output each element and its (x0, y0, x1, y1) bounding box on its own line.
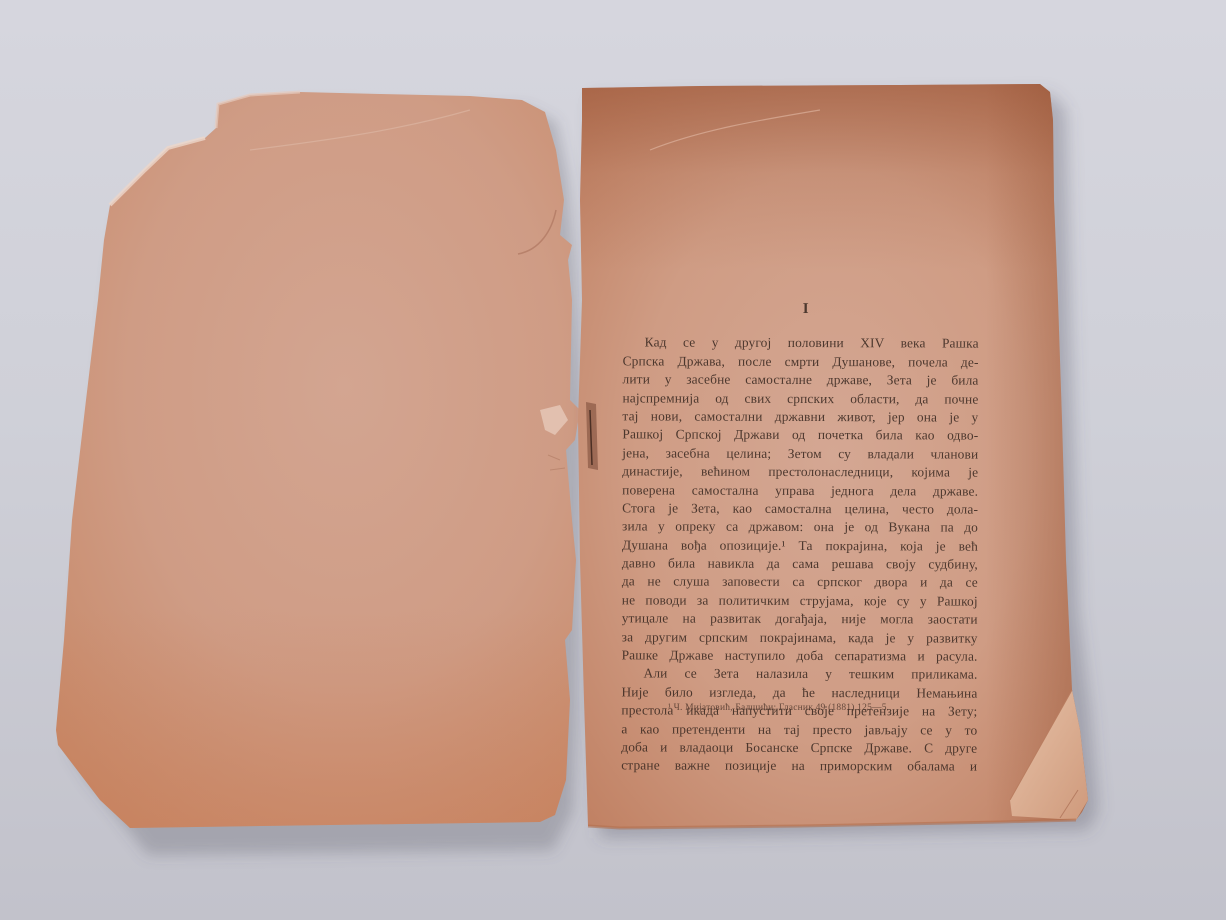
text-line: Није било изгледа, да ће наследници Нема… (621, 683, 977, 703)
text-line: да не слуша заповести са српског двора и… (622, 573, 978, 593)
text-line: јена, засебна целина; Зетом су владали ч… (622, 444, 978, 464)
right-book-page: I Кад се у другој половини XIV века Рашк… (0, 0, 1226, 920)
text-line: стране важне позиције на приморским обал… (621, 757, 977, 777)
text-line: Рашке Државе наступило доба сепаратизма … (622, 646, 978, 666)
text-line: Стога је Зета, као самостална целина, че… (622, 499, 978, 519)
text-line: не поводи за политичким струјама, које с… (622, 591, 978, 611)
text-line: давно била навикла да сама решава своју … (622, 554, 978, 574)
right-page-graphic (0, 0, 1226, 920)
text-line: зила у опреку са државом: она је од Вука… (622, 518, 978, 538)
text-line: лити у засебне самосталне државе, Зета ј… (623, 371, 979, 391)
text-line: поверена самостална управа једнога дела … (622, 481, 978, 501)
chapter-number: I (633, 299, 979, 319)
text-line: утицале на развитак догађаја, није могла… (622, 610, 978, 630)
text-line: династије, већином престолонаследници, к… (622, 463, 978, 483)
footnote: ¹ Ч. Мијатовић, Балшићи; Гласник 49 (188… (668, 703, 889, 713)
text-line: тај нови, самостални државни живот, јер … (622, 407, 978, 427)
text-line: Рашкој Српској Држави од почетка била ка… (622, 426, 978, 446)
text-line: доба и владаоци Босанске Српске Државе. … (621, 738, 977, 758)
left-sheet-graphic (0, 0, 1226, 920)
text-line: Српска Држава, после смрти Душанове, поч… (623, 352, 979, 372)
text-line: а као претенденти на тај престо јављају … (621, 720, 977, 740)
photo-scene: I Кад се у другој половини XIV века Рашк… (0, 0, 1226, 920)
left-blank-sheet (0, 0, 1226, 920)
text-line: Кад се у другој половини XIV века Рашка (623, 334, 979, 354)
text-line: Душана вођа опозиције.¹ Та покрајина, ко… (622, 536, 978, 556)
text-line: за другим српским покрајинама, када је у… (622, 628, 978, 648)
text-line: најспремнија од свих српских области, да… (622, 389, 978, 409)
text-line: Али се Зета налазила у тешким приликама. (621, 665, 977, 685)
